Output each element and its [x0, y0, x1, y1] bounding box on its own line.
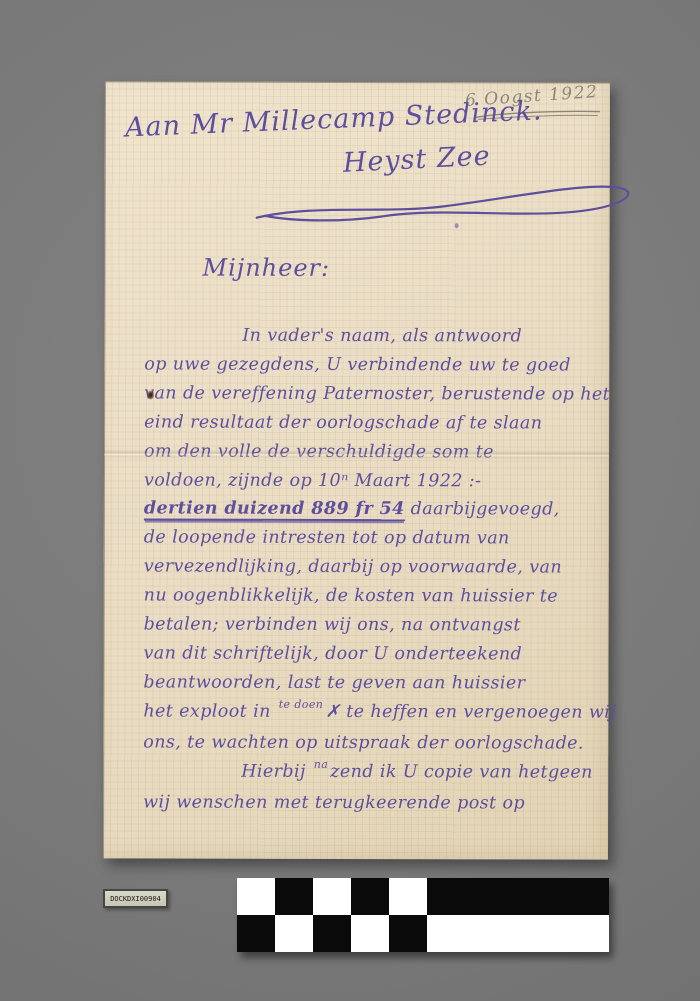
- letter-paper: 6 Oogst 1922 Aan Mr Millecamp Stedinck. …: [103, 81, 610, 859]
- scale-bar-cell: [275, 878, 313, 915]
- scale-bar-cell: [389, 878, 427, 915]
- handwriting-line: betalen; verbinden wij ons, na ontvangst: [144, 611, 596, 641]
- handwriting-line: dertien duizend 889 fr 54 daarbijgevoegd…: [144, 495, 596, 525]
- object-id-text: DOCKDXI00904: [110, 895, 161, 903]
- scale-bar-cell: [275, 915, 313, 952]
- handwriting-line: op uwe gezegdens, U verbindende uw te go…: [144, 350, 596, 380]
- handwriting-line: beantwoorden, last te geven aan huissier: [143, 668, 595, 698]
- handwriting-line: In vader's naam, als antwoord: [144, 321, 596, 351]
- scale-bar-cell: [427, 878, 609, 915]
- underlined-amount: dertien duizend 889 fr 54: [144, 499, 405, 522]
- salutation: Mijnheer:: [202, 254, 330, 282]
- address-line-1: Aan Mr Millecamp Stedinck.: [124, 95, 543, 143]
- ink-speck: [455, 223, 459, 228]
- scale-bar-cell: [237, 878, 275, 915]
- fold-crease: [104, 449, 609, 459]
- handwriting-line: Hierbij nazend ik U copie van hetgeen: [143, 757, 595, 789]
- object-id-label: DOCKDXI00904: [103, 889, 168, 908]
- letter-body: In vader's naam, als antwoordop uwe geze…: [143, 321, 596, 818]
- scale-bar-cell: [427, 915, 609, 952]
- scale-bar-cell: [237, 915, 275, 952]
- handwriting-line: nu oogenblikkelijk, de kosten van huissi…: [144, 582, 596, 612]
- handwriting-line: van de vereffening Paternoster, berusten…: [144, 379, 596, 409]
- handwriting-line: eind resultaat der oorlogschade af te sl…: [144, 408, 596, 438]
- handwriting-line: vervezendlijking, daarbij op voorwaarde,…: [144, 553, 596, 583]
- scale-bar-row: [237, 915, 609, 952]
- scale-bar-row: [237, 878, 609, 915]
- handwriting-line: de loopende intresten tot op datum van: [144, 524, 596, 554]
- handwriting-line: ons, te wachten op uitspraak der oorlogs…: [143, 728, 595, 758]
- scale-bar-cell: [389, 915, 427, 952]
- address-flourish: [255, 166, 645, 225]
- handwriting-line: wij wenschen met terugkeerende post op: [143, 788, 595, 818]
- scale-bar: [237, 878, 609, 952]
- handwriting-line: van dit schriftelijk, door U onderteeken…: [143, 639, 595, 669]
- insertion-note: na: [314, 757, 328, 770]
- scale-bar-cell: [313, 878, 351, 915]
- photo-background: 6 Oogst 1922 Aan Mr Millecamp Stedinck. …: [0, 0, 700, 1001]
- ink-stain: [147, 390, 154, 399]
- scale-bar-cell: [351, 915, 389, 952]
- insertion-note: te doen: [279, 698, 324, 711]
- handwriting-line: het exploot in te doen✗ te heffen en ver…: [143, 697, 595, 729]
- scale-bar-cell: [351, 878, 389, 915]
- handwriting-line: voldoen, zijnde op 10ⁿ Maart 1922 :-: [144, 466, 596, 496]
- scale-bar-cell: [313, 915, 351, 952]
